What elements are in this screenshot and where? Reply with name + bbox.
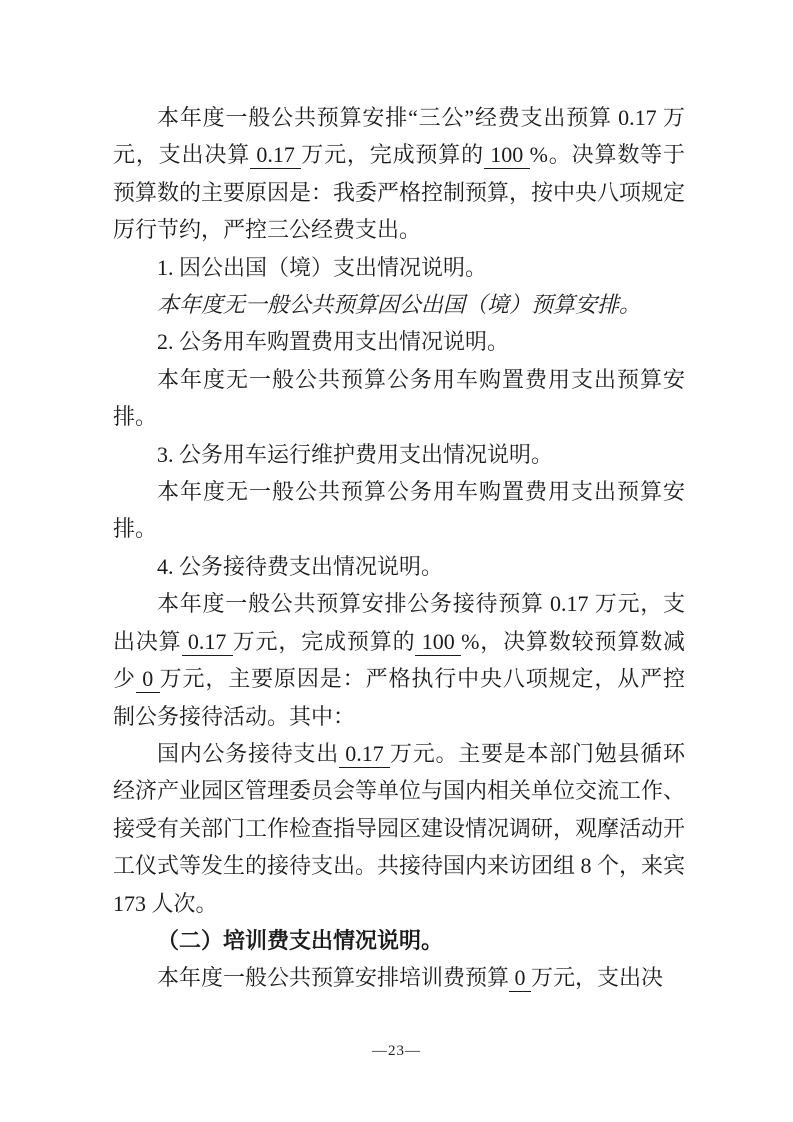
text-run: 1. 因公出国（境）支出情况说明。 (157, 255, 487, 280)
text-run: 4. 公务接待费支出情况说明。 (157, 554, 443, 579)
text-run: 万元。主要是本部门勉县循环经济产业园区管理委员会等单位与国内相关单位交流工作、接… (113, 741, 685, 916)
text-run: 万元，支出决 (531, 965, 663, 990)
text-run: （二）培训费支出情况说明。 (157, 928, 443, 953)
text-run: 3. 公务用车运行维护费用支出情况说明。 (157, 442, 553, 467)
paragraph: 本年度一般公共预算安排“三公”经费支出预算 0.17 万元，支出决算 0.17 … (113, 99, 685, 249)
paragraph: 国内公务接待支出 0.17 万元。主要是本部门勉县循环经济产业园区管理委员会等单… (113, 735, 685, 922)
underlined-value: 0.17 (339, 741, 390, 768)
underlined-value: 0.17 (182, 629, 233, 656)
underlined-value: 0 (136, 666, 160, 693)
text-run: 万元，完成预算的 (233, 629, 416, 654)
underlined-value: 0 (509, 965, 531, 992)
paragraph: 3. 公务用车运行维护费用支出情况说明。 (113, 436, 685, 473)
underlined-value: 0.17 (250, 142, 301, 169)
text-run: 本年度无一般公共预算公务用车购置费用支出预算安排。 (113, 479, 685, 541)
page-number: —23— (0, 1043, 793, 1060)
document-body: 本年度一般公共预算安排“三公”经费支出预算 0.17 万元，支出决算 0.17 … (113, 99, 685, 997)
paragraph: 4. 公务接待费支出情况说明。 (113, 548, 685, 585)
paragraph: 本年度一般公共预算安排培训费预算 0 万元，支出决 (113, 959, 685, 996)
text-run: 本年度无一般公共预算因公出国（境）预算安排。 (157, 292, 641, 317)
paragraph: 本年度无一般公共预算公务用车购置费用支出预算安排。 (113, 361, 685, 436)
paragraph: 本年度无一般公共预算公务用车购置费用支出预算安排。 (113, 473, 685, 548)
paragraph: （二）培训费支出情况说明。 (113, 922, 685, 959)
text-run: 本年度无一般公共预算公务用车购置费用支出预算安排。 (113, 367, 685, 429)
paragraph: 本年度无一般公共预算因公出国（境）预算安排。 (113, 286, 685, 323)
paragraph: 本年度一般公共预算安排公务接待预算 0.17 万元，支出决算 0.17 万元，完… (113, 585, 685, 735)
text-run: 万元，完成预算的 (301, 142, 484, 167)
text-run: 本年度一般公共预算安排培训费预算 (157, 965, 509, 990)
document-page: 本年度一般公共预算安排“三公”经费支出预算 0.17 万元，支出决算 0.17 … (0, 0, 793, 1122)
paragraph: 1. 因公出国（境）支出情况说明。 (113, 249, 685, 286)
underlined-value: 100 (484, 142, 530, 169)
paragraph: 2. 公务用车购置费用支出情况说明。 (113, 323, 685, 360)
text-run: 国内公务接待支出 (157, 741, 339, 766)
text-run: 万元，主要原因是：严格执行中央八项规定，从严控制公务接待活动。其中： (113, 666, 685, 728)
underlined-value: 100 (415, 629, 461, 656)
text-run: 2. 公务用车购置费用支出情况说明。 (157, 329, 509, 354)
